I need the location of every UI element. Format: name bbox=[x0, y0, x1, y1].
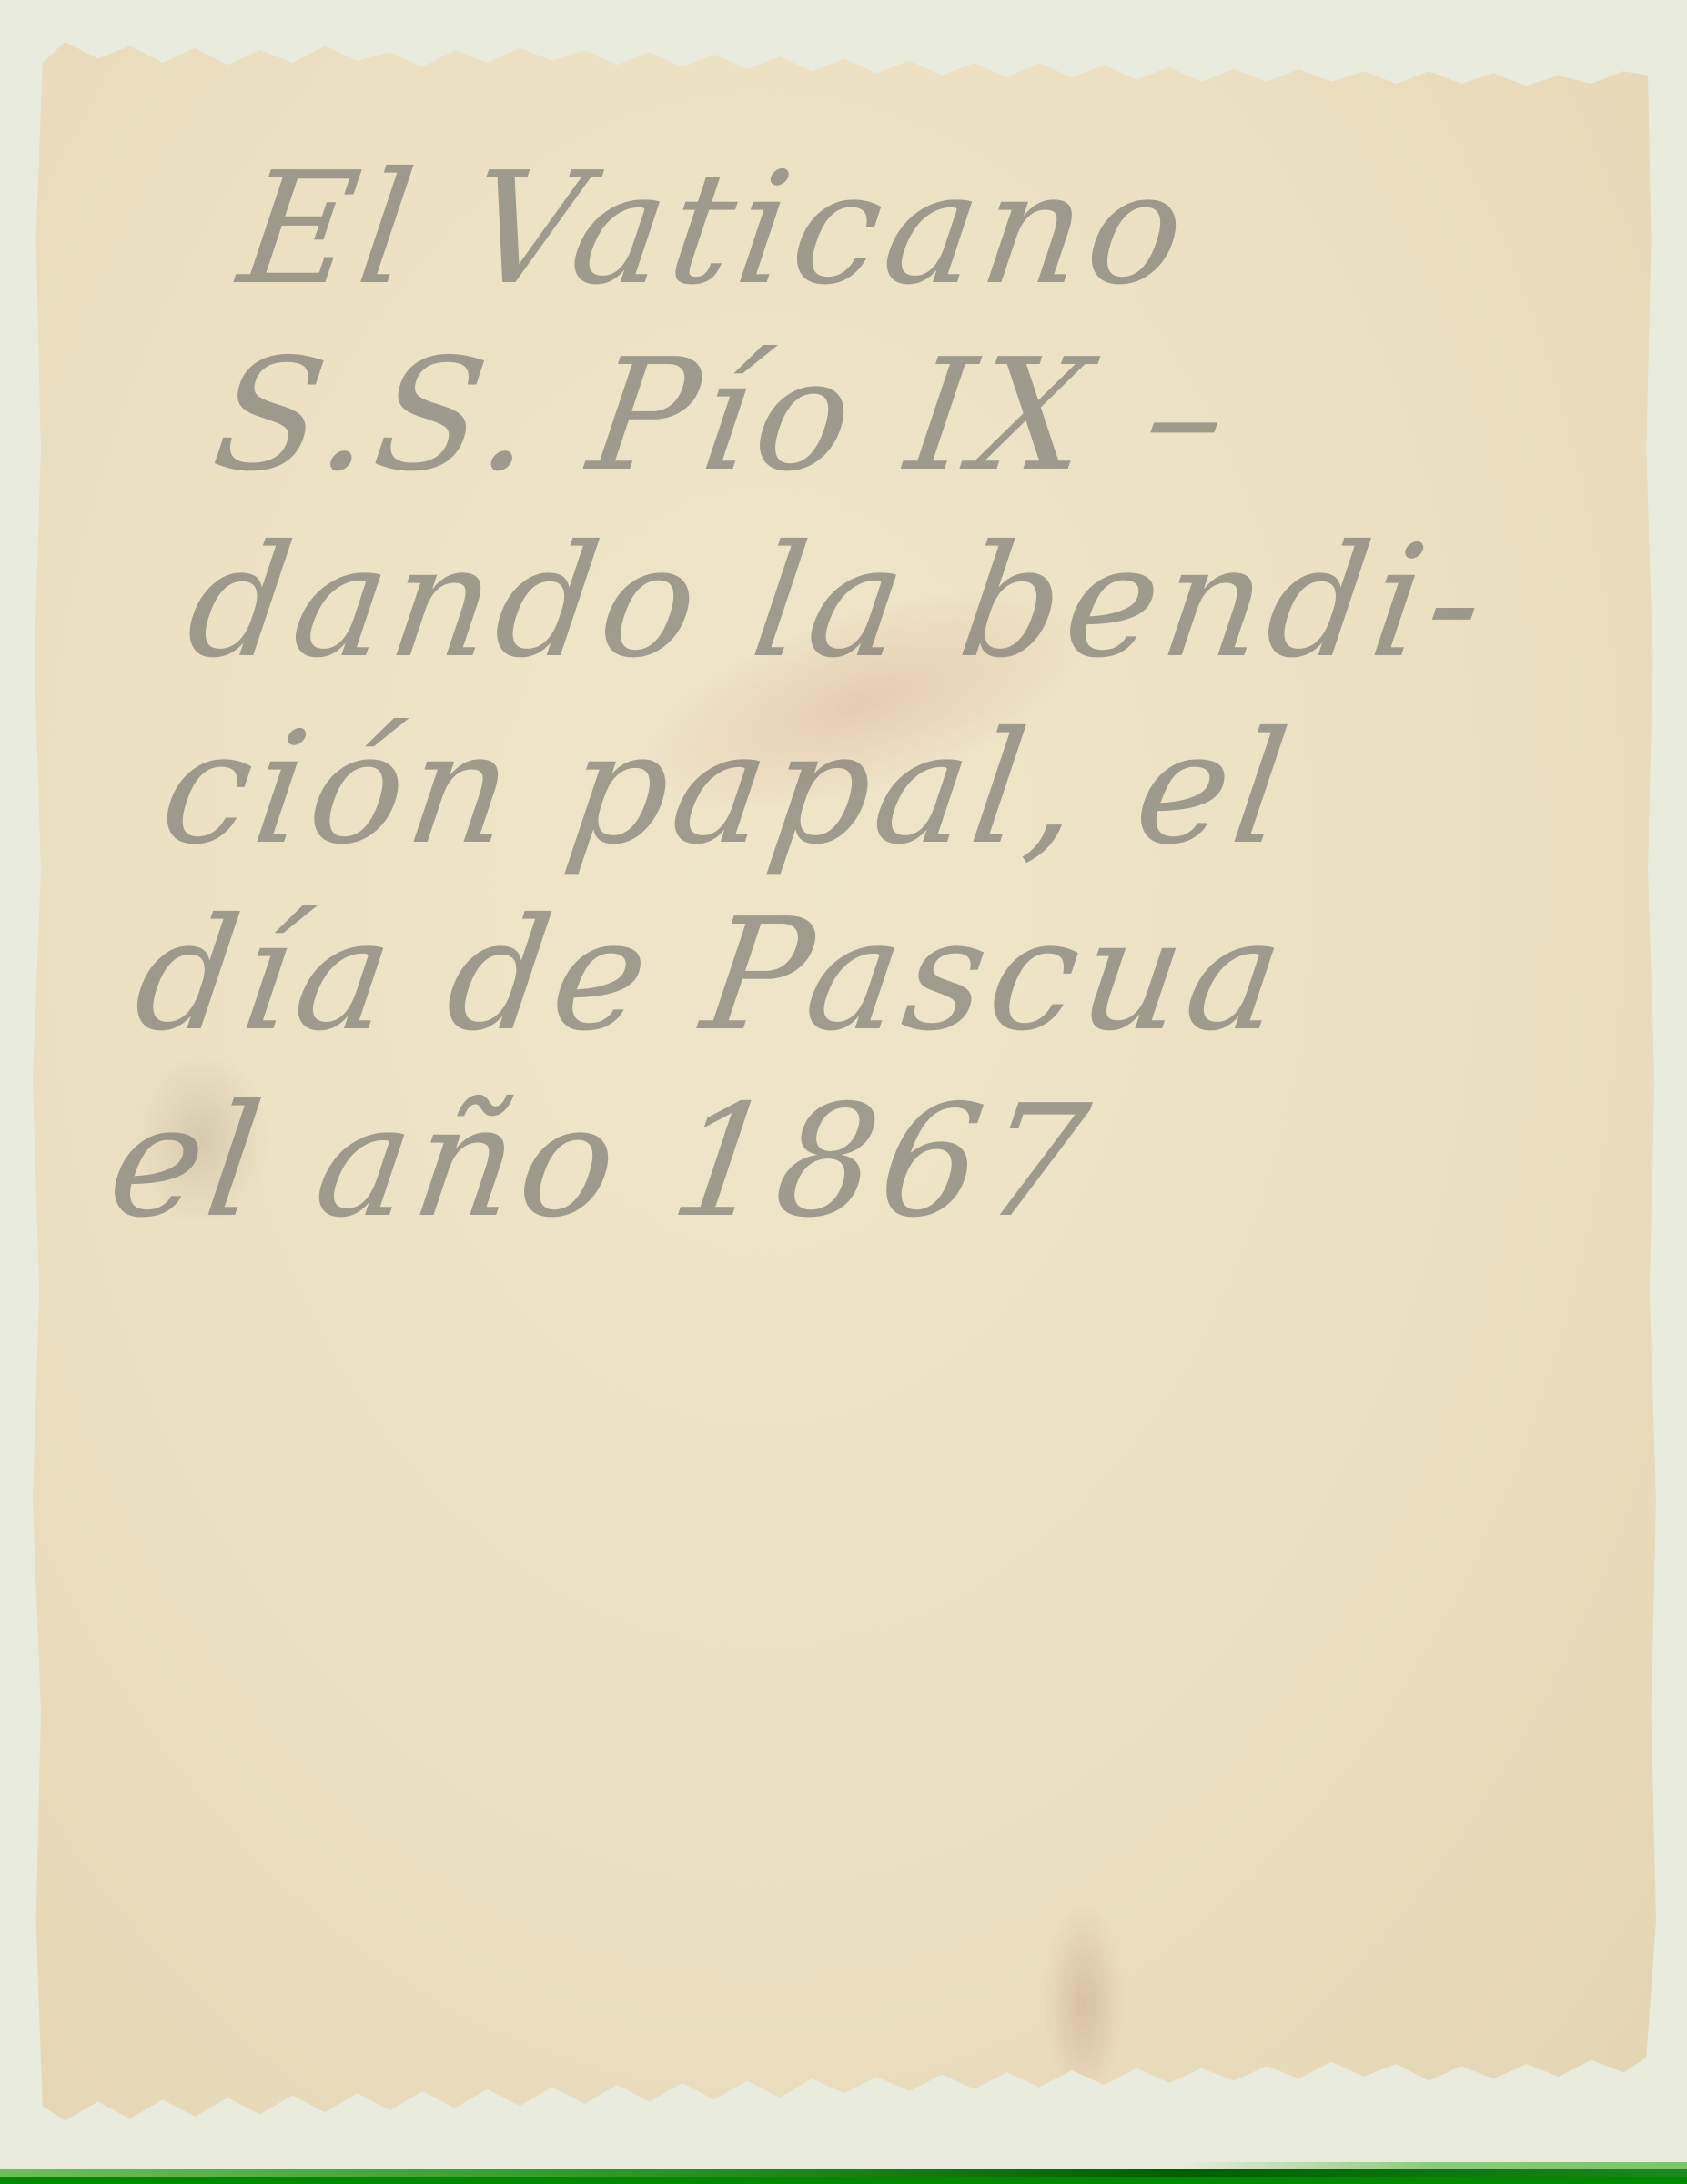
inscription-line-3: dando la bendi- bbox=[177, 510, 1478, 696]
bottom-stain bbox=[1043, 1904, 1125, 2104]
inscription-line-2: S.S. Pío IX – bbox=[204, 323, 1504, 510]
inscription-line-5: día de Pascua bbox=[125, 883, 1425, 1069]
inscription-line-6: el año 1867 bbox=[99, 1069, 1399, 1256]
handwritten-inscription: El Vaticano S.S. Pío IX – dando la bendi… bbox=[99, 136, 1530, 1256]
inscription-line-1: El Vaticano bbox=[230, 136, 1530, 323]
footer-bar bbox=[0, 2169, 1687, 2184]
inscription-line-4: ción papal, el bbox=[151, 696, 1451, 883]
